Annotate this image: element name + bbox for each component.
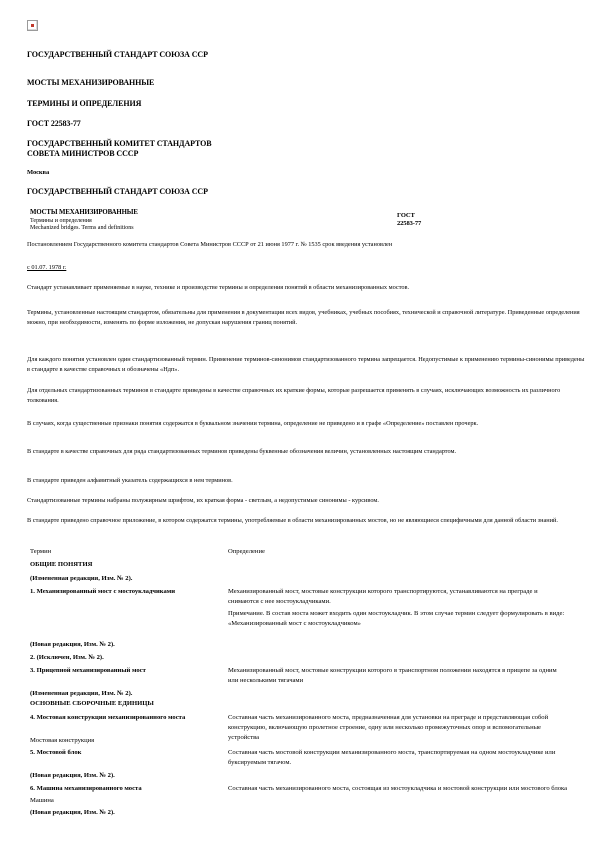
table-header-definition: Определение (228, 547, 265, 557)
standard-title-2: ГОСУДАРСТВЕННЫЙ СТАНДАРТ СОЮЗА ССР (27, 187, 208, 196)
doc-subtitle: ТЕРМИНЫ И ОПРЕДЕЛЕНИЯ (27, 99, 141, 108)
paragraph: В стандарте приведен алфавитный указател… (27, 476, 587, 486)
decree-text: Постановлением Государственного комитета… (27, 240, 587, 250)
title-block-gost-code: 22583-77 (397, 220, 421, 227)
revision-note: (Новая редакция, Изм. № 2). (30, 808, 220, 818)
term-5: 5. Мостовой блок (30, 748, 220, 758)
term-4-short: Мостовая конструкция (30, 736, 94, 746)
term-6: 6. Машина механизированного моста (30, 784, 220, 794)
term-2: 2. (Исключен, Изм. № 2). (30, 653, 220, 663)
definition-4: Составная часть механизированного моста,… (228, 713, 568, 743)
paragraph: В случаях, когда существенные признаки п… (27, 419, 587, 429)
paragraph: В стандарте приведено справочное приложе… (27, 516, 587, 526)
term-1: 1. Механизированный мост с мостоукладчик… (30, 587, 220, 597)
section-heading: ОБЩИЕ ПОНЯТИЯ (30, 560, 220, 570)
committee-line-1: ГОСУДАРСТВЕННЫЙ КОМИТЕТ СТАНДАРТОВ (27, 139, 212, 148)
broken-image-icon (27, 20, 38, 31)
standard-title: ГОСУДАРСТВЕННЫЙ СТАНДАРТ СОЮЗА ССР (27, 50, 208, 59)
paragraph: Для каждого понятия установлен один стан… (27, 355, 587, 375)
revision-note: (Измененная редакция, Изм. № 2). (30, 574, 220, 584)
definition-5: Составная часть мостовой конструкции мех… (228, 748, 568, 768)
section-heading: ОСНОВНЫЕ СБОРОЧНЫЕ ЕДИНИЦЫ (30, 699, 220, 709)
title-block-english: Mechanized bridges. Terms and definition… (30, 225, 134, 231)
table-header-term: Термин (30, 547, 51, 557)
revision-note: (Измененная редакция, Изм. № 2). (30, 689, 220, 699)
committee-line-2: СОВЕТА МИНИСТРОВ СССР (27, 149, 138, 158)
revision-note: (Новая редакция, Изм. № 2). (30, 771, 220, 781)
city: Москва (27, 169, 49, 176)
revision-note: (Новая редакция, Изм. № 2). (30, 640, 220, 650)
paragraph: Для отдельных стандартизованных терминов… (27, 386, 587, 406)
term-4: 4. Мостовая конструкция механизированног… (30, 713, 220, 723)
paragraph: Стандартизованные термины набраны полужи… (27, 496, 587, 506)
gost-number: ГОСТ 22583-77 (27, 119, 81, 128)
paragraph: Стандарт устанавливает применяемые в нау… (27, 283, 587, 293)
doc-title: МОСТЫ МЕХАНИЗИРОВАННЫЕ (27, 78, 154, 87)
term-6-short: Машина (30, 796, 54, 806)
term-3: 3. Прицепной механизированный мост (30, 666, 225, 676)
title-block-name: МОСТЫ МЕХАНИЗИРОВАННЫЕ (30, 209, 138, 216)
paragraph: В стандарте в качестве справочных для ря… (27, 447, 587, 457)
paragraph: Термины, установленные настоящим стандар… (27, 308, 587, 328)
definition-1: Механизированный мост, мостовые конструк… (228, 587, 568, 607)
definition-3: Механизированный мост, мостовые конструк… (228, 666, 568, 686)
effective-date: с 01.07. 1978 г. (27, 263, 66, 273)
title-block-subtitle: Термины и определения (30, 218, 92, 224)
definition-6: Составная часть механизированного моста,… (228, 784, 568, 794)
title-block-gost-label: ГОСТ (397, 212, 415, 219)
note-1: Примечание. В состав моста может входить… (228, 609, 568, 629)
